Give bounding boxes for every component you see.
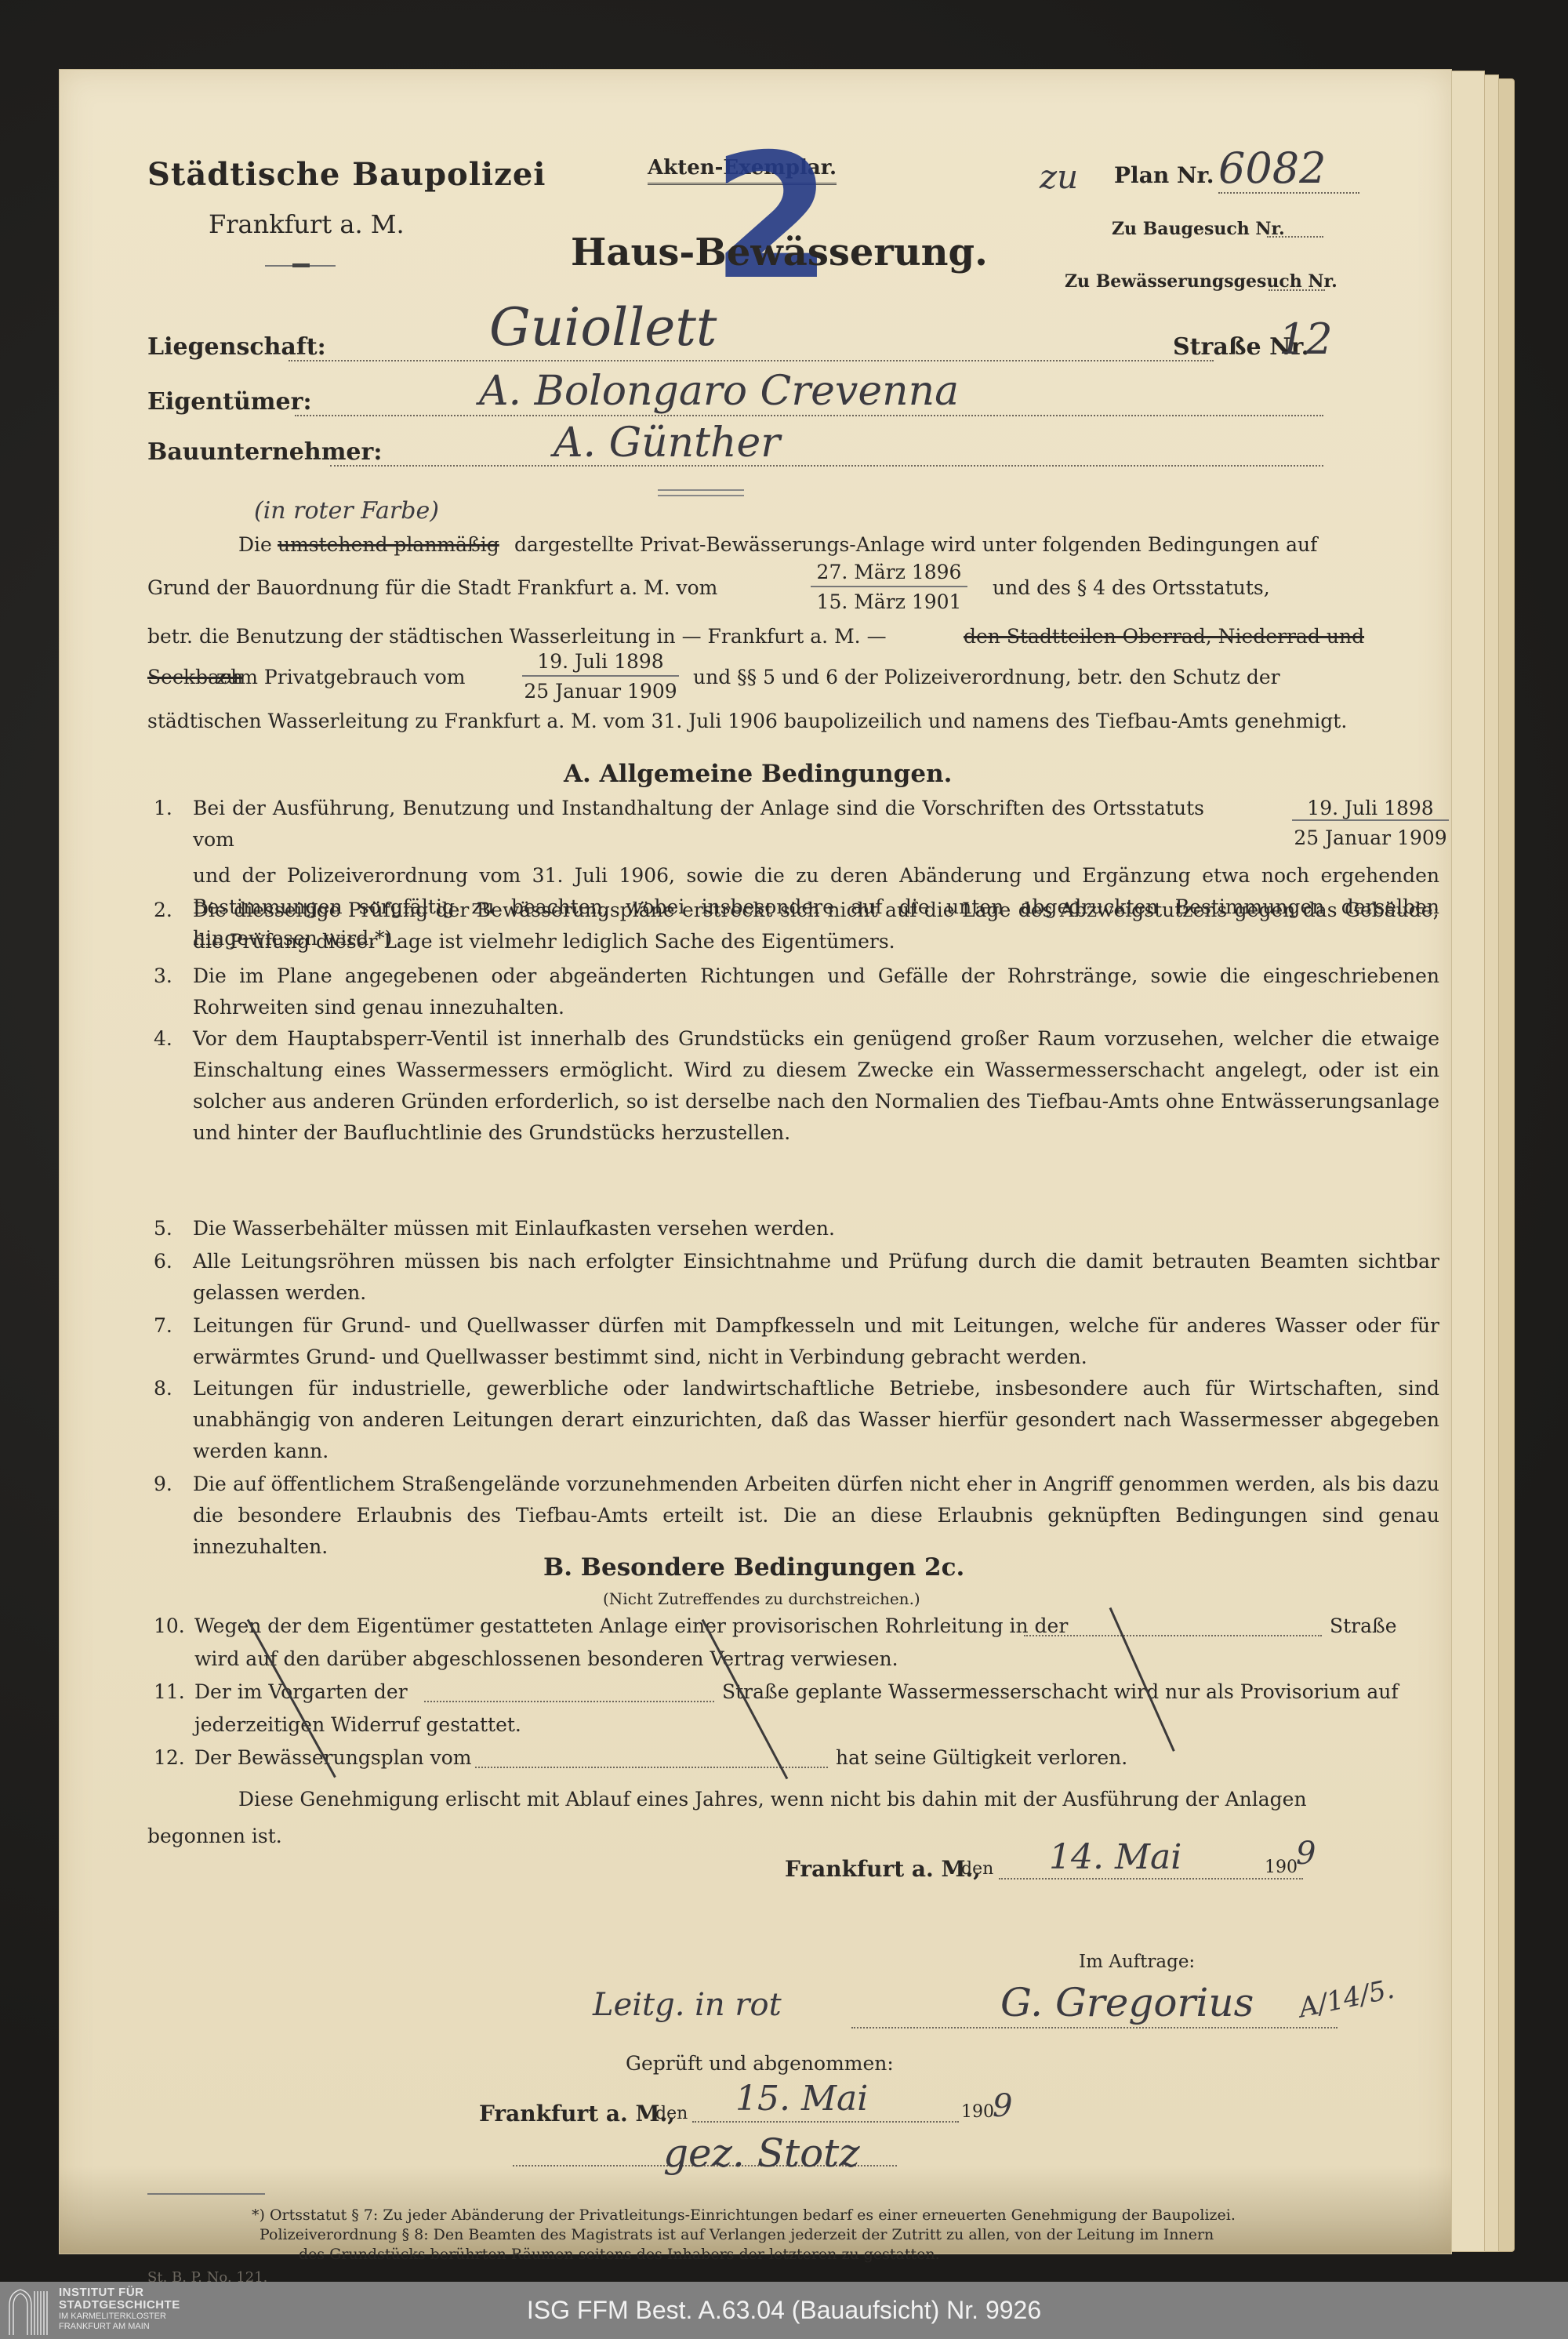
- street-field[interactable]: [424, 1699, 714, 1702]
- intro-line2-start: Grund der Bauordnung für die Stadt Frank…: [147, 578, 717, 597]
- section-b-note: (Nicht Zutreffendes zu durchstreichen.): [603, 1589, 920, 1608]
- item-number: 7.: [154, 1310, 172, 1342]
- item-text: hat seine Gültigkeit verloren.: [836, 1748, 1127, 1767]
- date1-place: Frankfurt a. M.,: [785, 1856, 981, 1882]
- item-text: Vor dem Hauptabsperr-Ventil ist innerhal…: [193, 1023, 1439, 1149]
- item-text: Der im Vorgarten der: [194, 1682, 408, 1702]
- signature-line: [851, 2025, 1338, 2028]
- section-a-heading: A. Allgemeine Bedingungen.: [564, 760, 952, 788]
- field-value-eigentuemer[interactable]: A. Bolongaro Crevenna: [479, 368, 959, 415]
- intro-line4-start: zum Privatgebrauch vom: [216, 667, 465, 687]
- intro-line1: dargestellte Privat-Bewässerungs-Anlage …: [514, 535, 1439, 554]
- intro-line3: betr. die Benutzung der städtischen Wass…: [147, 627, 887, 646]
- field-label-bauunternehmer: Bauunternehmer:: [147, 438, 382, 466]
- footnote-line2: Polizeiverordnung § 8: Den Beamten des M…: [260, 2226, 1214, 2243]
- signature-date-note: A/14/5.: [1296, 1974, 1397, 2025]
- office-name: Städtische Baupolizei: [147, 156, 546, 193]
- condition-item-3: 3. Die im Plane angegebenen oder abgeänd…: [154, 961, 1439, 1023]
- date1-year-prefix: 190: [1265, 1858, 1298, 1877]
- intro-insert-handwritten: (in roter Farbe): [254, 497, 439, 525]
- field-value-liegenschaft[interactable]: Guiollett: [489, 297, 717, 358]
- intro-fraction-top: 19. Juli 1898: [522, 652, 679, 671]
- item-text: Die im Plane angegebenen oder abgeändert…: [193, 961, 1439, 1023]
- document-title: Haus-Bewässerung.: [571, 231, 988, 274]
- date1-den: den: [961, 1859, 993, 1879]
- condition-item-2: 2. Die diesseitige Prüfung der Bewässeru…: [154, 895, 1439, 957]
- intro-line1-struck: umstehend planmäßig: [278, 535, 499, 554]
- strasse-number-field[interactable]: 12: [1279, 314, 1333, 364]
- condition-item-4: 4. Vor dem Hauptabsperr-Ventil ist inner…: [154, 1023, 1439, 1149]
- date2-line: [692, 2119, 959, 2123]
- fraction-bar: [522, 675, 679, 677]
- intro-fraction-bottom: 25 Januar 1909: [522, 681, 679, 701]
- im-auftrage-label: Im Auftrage:: [1079, 1952, 1195, 1972]
- item-text: Leitungen für Grund- und Quellwasser dür…: [193, 1310, 1439, 1373]
- handwritten-note: Leitg. in rot: [593, 1987, 782, 2023]
- intro-line1-start: Die: [238, 535, 272, 554]
- signature-inspector: gez. Stotz: [663, 2130, 860, 2176]
- plan-label: Plan Nr.: [1114, 162, 1214, 188]
- item-number: 8.: [154, 1373, 172, 1404]
- date2-year-suffix[interactable]: 9: [993, 2088, 1012, 2124]
- item-text: Bei der Ausführung, Benutzung und Instan…: [193, 793, 1204, 855]
- field-line: [330, 463, 1323, 467]
- item-text: Die Wasserbehälter müssen mit Einlaufkas…: [193, 1213, 1439, 1244]
- item-text: jederzeitigen Widerruf gestattet.: [194, 1715, 521, 1734]
- item-number: 4.: [154, 1023, 172, 1055]
- intro-line3-struck: den Stadtteilen Oberrad, Niederrad und: [964, 627, 1364, 646]
- item-number: 12.: [154, 1748, 185, 1767]
- intro-line5: städtischen Wasserleitung zu Frankfurt a…: [147, 711, 1347, 731]
- geprueft-label: Geprüft und abgenommen:: [626, 2052, 894, 2075]
- date2-place: Frankfurt a. M.,: [479, 2101, 675, 2127]
- item-number: 6.: [154, 1246, 172, 1277]
- date2-value[interactable]: 15. Mai: [735, 2079, 868, 2119]
- item-number: 5.: [154, 1213, 172, 1244]
- condition-item-7: 7. Leitungen für Grund- und Quellwasser …: [154, 1310, 1439, 1373]
- item-fraction-bottom: 25 Januar 1909: [1292, 823, 1449, 854]
- item-number: 9.: [154, 1469, 172, 1500]
- fraction-bar: [811, 586, 967, 587]
- item-number: 10.: [154, 1616, 185, 1636]
- field-value-bauunternehmer[interactable]: A. Günther: [554, 419, 780, 467]
- document-page: Städtische Baupolizei Frankfurt a. M. Ak…: [59, 69, 1452, 2254]
- divider: [292, 263, 310, 267]
- item-text: Wegen der dem Eigentümer gestatteten Anl…: [194, 1616, 1068, 1636]
- date1-year-suffix[interactable]: 9: [1296, 1836, 1316, 1872]
- intro-fraction-bottom: 15. März 1901: [811, 592, 967, 612]
- field-label-liegenschaft: Liegenschaft:: [147, 333, 326, 361]
- copy-number-stamp: 2: [712, 117, 832, 318]
- item-text: Der Bewässerungsplan vom: [194, 1748, 471, 1767]
- baugesuch-label: Zu Baugesuch Nr.: [1112, 219, 1285, 239]
- street-field[interactable]: [1024, 1633, 1322, 1636]
- office-city: Frankfurt a. M.: [209, 209, 405, 239]
- baugesuch-field[interactable]: [1267, 234, 1323, 238]
- archive-footer: INSTITUT FÜR STADTGESCHICHTE IM KARMELIT…: [0, 2282, 1568, 2339]
- archive-signature-caption: ISG FFM Best. A.63.04 (Bauaufsicht) Nr. …: [0, 2296, 1568, 2325]
- item-text: Straße: [1330, 1616, 1397, 1636]
- item-number: 3.: [154, 961, 172, 992]
- date2-den: den: [655, 2104, 688, 2123]
- item-number: 11.: [154, 1682, 185, 1702]
- item-text: Alle Leitungsröhren müssen bis nach erfo…: [193, 1246, 1439, 1309]
- validity-line2: begonnen ist.: [147, 1826, 282, 1846]
- validity-line1: Diese Genehmigung erlischt mit Ablauf ei…: [238, 1789, 1307, 1809]
- field-label-eigentuemer: Eigentümer:: [147, 388, 312, 416]
- footnote-line3: des Grundstücks berührten Räumen seitens…: [299, 2246, 940, 2263]
- footnote-line1: *) Ortsstatut § 7: Zu jeder Abänderung d…: [252, 2206, 1236, 2224]
- divider: [658, 489, 744, 496]
- plan-number-field[interactable]: 6082: [1218, 145, 1359, 194]
- condition-item-8: 8. Leitungen für industrielle, gewerblic…: [154, 1373, 1439, 1467]
- bewaesserungsgesuch-field[interactable]: [1269, 288, 1325, 291]
- item-text: Die auf öffentlichem Straßengelände vorz…: [193, 1469, 1439, 1563]
- item-number: 1.: [154, 793, 172, 824]
- intro-line4-end: und §§ 5 und 6 der Polizeiverordnung, be…: [693, 667, 1280, 687]
- condition-item-6: 6. Alle Leitungsröhren müssen bis nach e…: [154, 1246, 1439, 1309]
- condition-item-9: 9. Die auf öffentlichem Straßengelände v…: [154, 1469, 1439, 1563]
- date-field[interactable]: [475, 1765, 828, 1768]
- footnote-divider: [147, 2193, 265, 2195]
- intro-fraction-top: 27. März 1896: [811, 562, 967, 582]
- date1-value[interactable]: 14. Mai: [1049, 1837, 1181, 1877]
- item-text: Straße geplante Wassermesserschacht wird…: [722, 1682, 1399, 1702]
- condition-item-5: 5. Die Wasserbehälter müssen mit Einlauf…: [154, 1213, 1439, 1244]
- item-text: wird auf den darüber abgeschlossenen bes…: [194, 1649, 898, 1669]
- signature-official: G. Gregorius: [1000, 1980, 1254, 2025]
- item-number: 2.: [154, 895, 172, 926]
- item-text: Die diesseitige Prüfung der Bewässerungs…: [193, 895, 1439, 957]
- intro-line2-end: und des § 4 des Ortsstatuts,: [993, 578, 1270, 597]
- section-b-heading: B. Besondere Bedingungen 2c.: [543, 1553, 964, 1582]
- date2-year-prefix: 190: [961, 2102, 994, 2122]
- fraction-bar: [1292, 819, 1449, 821]
- plan-prefix-handwritten: zu: [1040, 158, 1078, 196]
- item-text: Leitungen für industrielle, gewerbliche …: [193, 1373, 1439, 1467]
- strike-through-mark: [1109, 1607, 1175, 1752]
- field-line: [289, 358, 1214, 361]
